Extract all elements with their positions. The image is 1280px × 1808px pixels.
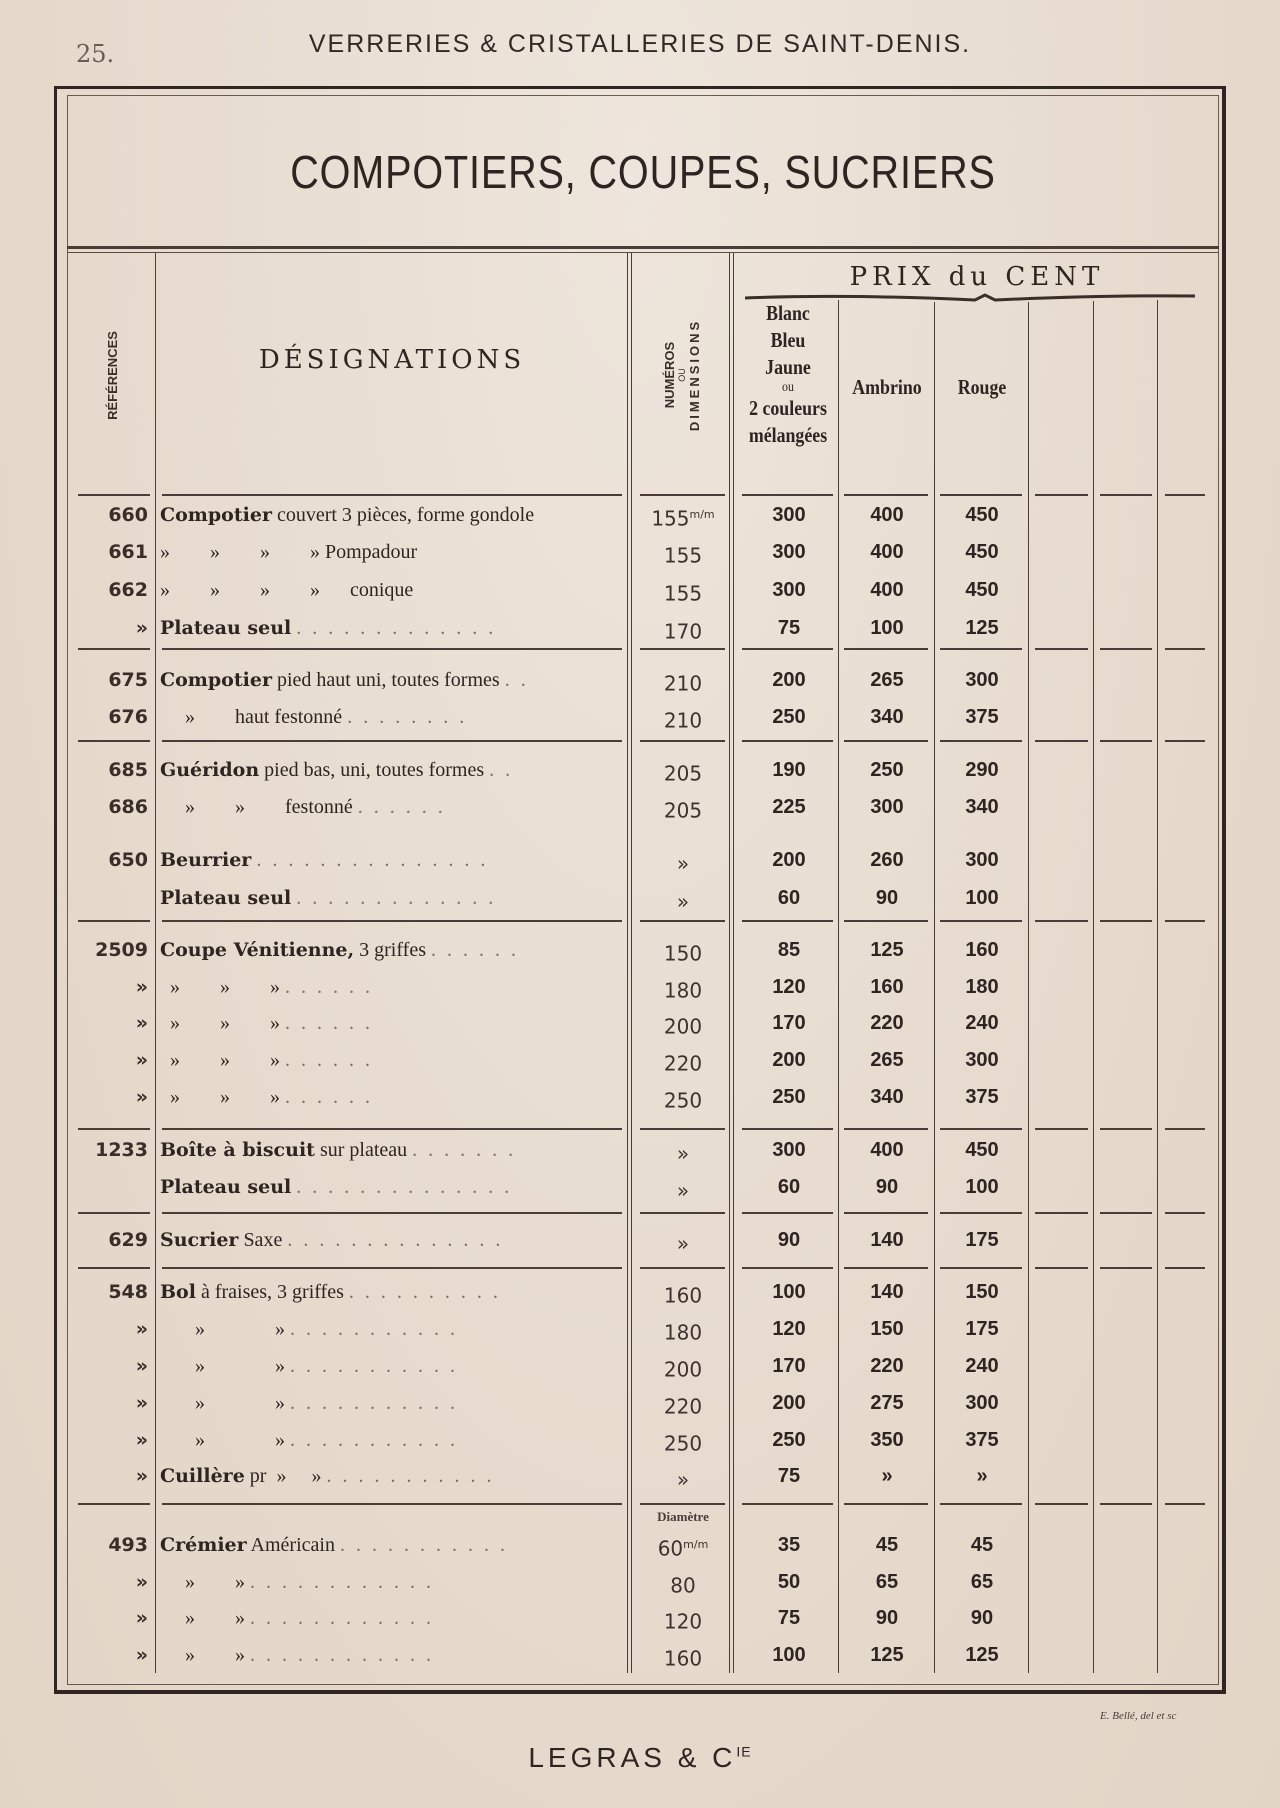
row-price-blanc: 100: [740, 1637, 838, 1673]
row-separator-rule: [844, 1212, 928, 1214]
row-designation-text: » »: [160, 1318, 285, 1340]
row-designation-text: pied bas, uni, toutes formes: [259, 759, 484, 781]
row-designation-text: couvert 3 pièces, forme gondole: [272, 504, 534, 526]
row-leader-dots: . . . . . . .: [412, 1139, 516, 1161]
row-separator-rule: [742, 1128, 833, 1130]
row-price-ambrino: 400: [840, 1132, 934, 1168]
row-designation: Plateau seul . . . . . . . . . . . . . .: [160, 1169, 626, 1205]
row-reference: »: [70, 969, 148, 1005]
row-price-blanc: 200: [740, 1042, 838, 1078]
row-designation: » » . . . . . . . . . . . .: [160, 1564, 626, 1600]
row-price-ambrino: 340: [840, 1079, 934, 1115]
row-separator-rule: [844, 1128, 928, 1130]
row-price-rouge: 100: [936, 1169, 1028, 1205]
row-separator-rule: [162, 648, 622, 650]
row-leader-dots: . . . . . . . . . . . .: [250, 1607, 434, 1629]
row-separator-rule: [940, 740, 1022, 742]
row-separator-rule: [162, 1212, 622, 1214]
row-reference: 660: [70, 497, 148, 533]
row-price-blanc: 90: [740, 1222, 838, 1258]
header-blanc-line: Blanc: [745, 300, 832, 327]
row-leader-dots: . . . . . .: [285, 1049, 373, 1071]
row-price-rouge: 175: [936, 1311, 1028, 1347]
row-separator-rule: [1035, 740, 1088, 742]
row-designation: » » » . . . . . .: [160, 1042, 626, 1078]
row-separator-rule: [1100, 1267, 1152, 1269]
table-row: 686 » » festonné . . . . . .205225300340: [0, 789, 1280, 825]
table-row: 2509Coupe Vénitienne, 3 griffes . . . . …: [0, 932, 1280, 968]
row-leader-dots: . . . . . . . . . . . . . . .: [256, 849, 488, 871]
row-separator-rule: [640, 920, 725, 922]
row-designation-text: » » »: [160, 976, 280, 998]
header-jaune-line: Jaune: [745, 354, 832, 381]
row-separator-rule: [78, 648, 150, 650]
table-row: » » » . . . . . . . . . . .250250350375: [0, 1422, 1280, 1458]
row-price-rouge: 150: [936, 1274, 1028, 1310]
row-designation-text: » » festonné: [160, 796, 353, 818]
row-separator-rule: [1035, 920, 1088, 922]
row-designation: Coupe Vénitienne, 3 griffes . . . . . .: [160, 932, 626, 968]
row-price-ambrino: 90: [840, 880, 934, 916]
row-separator-rule: [1100, 1212, 1152, 1214]
row-price-blanc: 300: [740, 572, 838, 608]
row-dimension: 120: [636, 1600, 730, 1636]
row-dimension-value: »: [677, 1232, 689, 1256]
row-dimension: »: [636, 1169, 730, 1205]
row-designation-bold: Boîte à biscuit: [160, 1139, 315, 1161]
row-dimension: »: [636, 1222, 730, 1258]
row-designation: Sucrier Saxe . . . . . . . . . . . . . .: [160, 1222, 626, 1258]
row-separator-rule: [1165, 1503, 1205, 1505]
row-dimension: 220: [636, 1042, 730, 1078]
row-price-blanc: 300: [740, 497, 838, 533]
row-dimension-value: 250: [664, 1432, 702, 1456]
row-separator-rule: [940, 1212, 1022, 1214]
row-dimension-value: 170: [664, 620, 702, 644]
row-dimension: 155: [636, 572, 730, 608]
row-reference: 1233: [70, 1132, 148, 1168]
row-dimension-value: 220: [664, 1395, 702, 1419]
row-designation-bold: Sucrier: [160, 1229, 238, 1251]
row-designation-bold: Plateau seul: [160, 617, 291, 639]
row-designation: » » » » conique: [160, 572, 626, 608]
row-designation: Guéridon pied bas, uni, toutes formes . …: [160, 752, 626, 788]
row-price-ambrino: 265: [840, 1042, 934, 1078]
row-separator-rule: [940, 648, 1022, 650]
header-numeros-label: NUMÉROS: [662, 342, 677, 408]
row-designation: Crémier Américain . . . . . . . . . . .: [160, 1527, 626, 1563]
row-dimension: 250: [636, 1422, 730, 1458]
table-row: 685Guéridon pied bas, uni, toutes formes…: [0, 752, 1280, 788]
row-price-blanc: 75: [740, 610, 838, 646]
row-dimension-value: 160: [664, 1284, 702, 1308]
row-leader-dots: . . . . . . . . . . .: [340, 1534, 508, 1556]
row-price-rouge: 340: [936, 789, 1028, 825]
row-price-rouge: 100: [936, 880, 1028, 916]
row-designation: » » . . . . . . . . . . .: [160, 1311, 626, 1347]
header-rouge: Rouge: [942, 375, 1022, 400]
row-separator-rule: [1035, 1503, 1088, 1505]
row-leader-dots: . . . . . . . .: [347, 706, 467, 728]
row-designation-bold: Coupe Vénitienne,: [160, 939, 354, 961]
footer-brand-name: LEGRAS & C: [528, 1742, 736, 1773]
row-price-blanc: 250: [740, 699, 838, 735]
row-price-blanc: 200: [740, 842, 838, 878]
row-dimension: »: [636, 1132, 730, 1168]
row-separator-rule: [844, 1503, 928, 1505]
row-price-ambrino: 400: [840, 497, 934, 533]
row-designation-text: » » »: [160, 1049, 280, 1071]
row-price-rouge: 375: [936, 699, 1028, 735]
row-price-ambrino: 90: [840, 1169, 934, 1205]
row-separator-rule: [640, 1212, 725, 1214]
row-dimension: »: [636, 842, 730, 878]
row-separator-rule: [742, 1267, 833, 1269]
row-dimension: 220: [636, 1385, 730, 1421]
row-dimension-value: 155: [664, 544, 702, 568]
row-separator-rule: [1035, 648, 1088, 650]
row-reference: »: [70, 1458, 148, 1494]
row-designation-text: » »: [160, 1355, 285, 1377]
row-leader-dots: . . . . . .: [285, 976, 373, 998]
row-price-blanc: 60: [740, 880, 838, 916]
row-reference: »: [70, 1311, 148, 1347]
row-price-ambrino: 340: [840, 699, 934, 735]
row-separator-rule: [1100, 920, 1152, 922]
row-dimension: 205: [636, 752, 730, 788]
table-row: » » » » . . . . . .250250340375: [0, 1079, 1280, 1115]
row-dimension-value: 180: [664, 979, 702, 1003]
row-separator-rule: [1100, 494, 1152, 496]
row-designation: » » » » Pompadour: [160, 534, 626, 570]
row-reference: 686: [70, 789, 148, 825]
row-separator-rule: [162, 920, 622, 922]
row-dimension: 60m/m: [636, 1527, 730, 1563]
row-designation: Plateau seul . . . . . . . . . . . . .: [160, 880, 626, 916]
row-designation-text: » »: [160, 1429, 285, 1451]
row-designation: » » » . . . . . .: [160, 1079, 626, 1115]
footer-brand: LEGRAS & CIE: [0, 1742, 1280, 1774]
row-price-blanc: 120: [740, 969, 838, 1005]
row-dimension-value: 200: [664, 1015, 702, 1039]
row-price-blanc: 60: [740, 1169, 838, 1205]
row-price-rouge: »: [936, 1458, 1028, 1494]
row-dimension: 200: [636, 1005, 730, 1041]
row-reference: »: [70, 1385, 148, 1421]
row-designation: Beurrier . . . . . . . . . . . . . . .: [160, 842, 626, 878]
row-designation-text: sur plateau: [315, 1139, 407, 1161]
row-leader-dots: . . . . . .: [285, 1086, 373, 1108]
row-reference: 685: [70, 752, 148, 788]
row-price-blanc: 250: [740, 1422, 838, 1458]
table-row: 660Compotier couvert 3 pièces, forme gon…: [0, 497, 1280, 533]
header-numeros: NUMÉROS OU DIMENSIONS: [636, 255, 728, 495]
row-price-rouge: 175: [936, 1222, 1028, 1258]
row-dimension: 205: [636, 789, 730, 825]
row-separator-rule: [640, 1267, 725, 1269]
table-row: » » » » . . . . . .220200265300: [0, 1042, 1280, 1078]
row-designation: » » » . . . . . .: [160, 969, 626, 1005]
row-leader-dots: . . . . . . . . . . .: [326, 1465, 494, 1487]
row-separator-rule: [1165, 1267, 1205, 1269]
row-dimension: 200: [636, 1348, 730, 1384]
table-row: Plateau seul . . . . . . . . . . . . . .…: [0, 1169, 1280, 1205]
row-dimension-value: 120: [664, 1610, 702, 1634]
row-designation: » » festonné . . . . . .: [160, 789, 626, 825]
row-separator-rule: [78, 740, 150, 742]
row-separator-rule: [162, 1503, 622, 1505]
header-designations: DÉSIGNATIONS: [156, 345, 628, 375]
row-dimension-value: 200: [664, 1358, 702, 1382]
row-price-ambrino: 275: [840, 1385, 934, 1421]
row-price-blanc: 35: [740, 1527, 838, 1563]
row-leader-dots: . .: [489, 759, 513, 781]
row-leader-dots: . . . . . . . . . . . . .: [296, 887, 496, 909]
table-row: 676 » haut festonné . . . . . . . .21025…: [0, 699, 1280, 735]
row-leader-dots: . . . . . . . . . . .: [290, 1429, 458, 1451]
row-price-blanc: 75: [740, 1600, 838, 1636]
row-leader-dots: . . . . . . . . . .: [349, 1281, 501, 1303]
row-separator-rule: [940, 494, 1022, 496]
table-row: » » » . . . . . . . . . . .180120150175: [0, 1311, 1280, 1347]
table-row: » » » » . . . . . .200170220240: [0, 1005, 1280, 1041]
row-designation: Bol à fraises, 3 griffes . . . . . . . .…: [160, 1274, 626, 1310]
row-dimension-value: 180: [664, 1321, 702, 1345]
row-separator-rule: [1165, 1212, 1205, 1214]
row-dimension: »: [636, 880, 730, 916]
header-top-rule-thin: [67, 252, 1219, 253]
row-reference: »: [70, 1600, 148, 1636]
row-designation: » » . . . . . . . . . . .: [160, 1385, 626, 1421]
row-leader-dots: . . . . . . . . . . . .: [250, 1571, 434, 1593]
header-references: RÉFÉRENCES: [72, 255, 152, 495]
row-price-blanc: 190: [740, 752, 838, 788]
row-designation: Compotier couvert 3 pièces, forme gondol…: [160, 497, 626, 533]
table-row: » » » . . . . . . . . . . . .16010012512…: [0, 1637, 1280, 1673]
row-designation-bold: Plateau seul: [160, 1176, 291, 1198]
row-price-rouge: 300: [936, 1385, 1028, 1421]
row-separator-rule: [1035, 494, 1088, 496]
row-price-rouge: 240: [936, 1005, 1028, 1041]
row-price-rouge: 45: [936, 1527, 1028, 1563]
row-price-ambrino: 350: [840, 1422, 934, 1458]
row-price-rouge: 300: [936, 1042, 1028, 1078]
row-leader-dots: . . . . . . . . . . . . .: [296, 617, 496, 639]
row-reference: 629: [70, 1222, 148, 1258]
row-designation-bold: Compotier: [160, 504, 272, 526]
row-reference: 548: [70, 1274, 148, 1310]
row-designation: » » . . . . . . . . . . .: [160, 1422, 626, 1458]
row-designation-bold: Crémier: [160, 1534, 247, 1556]
row-dimension-unit: m/m: [690, 508, 715, 521]
row-price-rouge: 450: [936, 497, 1028, 533]
row-separator-rule: [1100, 740, 1152, 742]
table-row: 493Crémier Américain . . . . . . . . . .…: [0, 1527, 1280, 1563]
row-designation: » » » . . . . . .: [160, 1005, 626, 1041]
row-reference: 2509: [70, 932, 148, 968]
row-price-blanc: 200: [740, 662, 838, 698]
row-leader-dots: . . . . . . . . . . .: [290, 1392, 458, 1414]
company-header: VERRERIES & CRISTALLERIES DE SAINT-DENIS…: [0, 30, 1280, 59]
row-separator-rule: [844, 1267, 928, 1269]
row-dimension: 180: [636, 969, 730, 1005]
row-separator-rule: [1165, 494, 1205, 496]
row-leader-dots: . .: [505, 669, 529, 691]
row-price-ambrino: 140: [840, 1222, 934, 1258]
table-row: » » » . . . . . . . . . . .220200275300: [0, 1385, 1280, 1421]
row-price-rouge: 450: [936, 1132, 1028, 1168]
row-dimension-value: 150: [664, 942, 702, 966]
row-designation: Boîte à biscuit sur plateau . . . . . . …: [160, 1132, 626, 1168]
row-dimension-value: 80: [670, 1574, 695, 1598]
row-separator-rule: [742, 1212, 833, 1214]
row-dimension-value: »: [677, 1179, 689, 1203]
row-designation-text: » » » » Pompadour: [160, 541, 417, 563]
row-price-rouge: 125: [936, 610, 1028, 646]
row-separator-rule: [162, 494, 622, 496]
row-separator-rule: [162, 1128, 622, 1130]
row-designation-text: pr » »: [245, 1465, 322, 1487]
table-row: »Cuillère pr » » . . . . . . . . . . .»7…: [0, 1458, 1280, 1494]
row-separator-rule: [1100, 1128, 1152, 1130]
row-designation-bold: Compotier: [160, 669, 272, 691]
engraver-credit: E. Bellé, del et sc: [1100, 1710, 1176, 1722]
row-dimension: 80: [636, 1564, 730, 1600]
table-row: »Plateau seul . . . . . . . . . . . . .1…: [0, 610, 1280, 646]
row-dimension: 210: [636, 662, 730, 698]
header-ou-label: OU: [677, 368, 687, 382]
row-designation: » » . . . . . . . . . . .: [160, 1348, 626, 1384]
row-dimension: »: [636, 1458, 730, 1494]
row-price-rouge: 300: [936, 842, 1028, 878]
header-blanc: Blanc Bleu Jaune ou 2 couleurs mélangées: [745, 300, 832, 449]
row-designation-text: Américain: [247, 1534, 335, 1556]
row-leader-dots: . . . . . . . . . . .: [290, 1355, 458, 1377]
row-price-ambrino: 265: [840, 662, 934, 698]
row-dimension-value: »: [677, 1142, 689, 1166]
row-designation-bold: Plateau seul: [160, 887, 291, 909]
page-title: COMPOTIERS, COUPES, SUCRIERS: [148, 145, 1139, 199]
row-price-blanc: 120: [740, 1311, 838, 1347]
row-separator-rule: [1035, 1212, 1088, 1214]
row-separator-rule: [78, 1267, 150, 1269]
row-price-rouge: 160: [936, 932, 1028, 968]
row-dimension: 160: [636, 1637, 730, 1673]
row-dimension-value: 155: [664, 582, 702, 606]
row-designation: Compotier pied haut uni, toutes formes .…: [160, 662, 626, 698]
row-price-rouge: 450: [936, 534, 1028, 570]
row-price-blanc: 225: [740, 789, 838, 825]
row-leader-dots: . . . . . .: [285, 1012, 373, 1034]
row-dimension: 180: [636, 1311, 730, 1347]
row-price-ambrino: 400: [840, 534, 934, 570]
row-separator-rule: [742, 494, 833, 496]
row-separator-rule: [640, 1128, 725, 1130]
row-leader-dots: . . . . . . . . . . . .: [250, 1644, 434, 1666]
row-price-rouge: 300: [936, 662, 1028, 698]
row-price-blanc: 170: [740, 1348, 838, 1384]
row-separator-rule: [1165, 740, 1205, 742]
row-price-blanc: 50: [740, 1564, 838, 1600]
row-separator-rule: [1165, 648, 1205, 650]
row-price-ambrino: 125: [840, 932, 934, 968]
row-dimension: 250: [636, 1079, 730, 1115]
row-price-rouge: 65: [936, 1564, 1028, 1600]
table-row: 548Bol à fraises, 3 griffes . . . . . . …: [0, 1274, 1280, 1310]
header-bleu-line: Bleu: [745, 327, 832, 354]
row-designation-text: pied haut uni, toutes formes: [272, 669, 500, 691]
row-price-ambrino: 100: [840, 610, 934, 646]
row-price-ambrino: 90: [840, 1600, 934, 1636]
footer-brand-sup: IE: [736, 1744, 751, 1760]
row-designation-text: » »: [160, 1644, 245, 1666]
row-separator-rule: [844, 920, 928, 922]
row-price-ambrino: 140: [840, 1274, 934, 1310]
row-price-ambrino: 125: [840, 1637, 934, 1673]
header-references-label: RÉFÉRENCES: [105, 331, 120, 420]
row-price-blanc: 200: [740, 1385, 838, 1421]
row-price-blanc: 300: [740, 534, 838, 570]
row-price-rouge: 180: [936, 969, 1028, 1005]
row-price-ambrino: 160: [840, 969, 934, 1005]
row-designation-text: 3 griffes: [354, 939, 426, 961]
row-dimension: 155: [636, 534, 730, 570]
row-dimension-value: »: [677, 852, 689, 876]
table-row: 1233Boîte à biscuit sur plateau . . . . …: [0, 1132, 1280, 1168]
row-price-ambrino: 65: [840, 1564, 934, 1600]
row-dimension-value: 250: [664, 1089, 702, 1113]
table-row: » » » . . . . . . . . . . . .80506565: [0, 1564, 1280, 1600]
row-designation-text: » » »: [160, 1086, 280, 1108]
row-designation-text: à fraises, 3 griffes: [196, 1281, 344, 1303]
row-dimension-value: 220: [664, 1052, 702, 1076]
row-reference: »: [70, 1005, 148, 1041]
row-price-ambrino: 45: [840, 1527, 934, 1563]
row-dimension-value: 155: [651, 507, 689, 531]
row-separator-rule: [1165, 1128, 1205, 1130]
row-separator-rule: [742, 740, 833, 742]
row-separator-rule: [78, 920, 150, 922]
row-price-rouge: 450: [936, 572, 1028, 608]
row-separator-rule: [844, 740, 928, 742]
row-dimension-value: 205: [664, 762, 702, 786]
row-price-rouge: 375: [936, 1079, 1028, 1115]
table-row: » » » » . . . . . .180120160180: [0, 969, 1280, 1005]
row-designation: Cuillère pr » » . . . . . . . . . . .: [160, 1458, 626, 1494]
row-separator-rule: [640, 648, 725, 650]
row-price-rouge: 375: [936, 1422, 1028, 1458]
row-diametre-label: Diamètre: [636, 1509, 730, 1525]
row-reference: »: [70, 1564, 148, 1600]
table-row: » » » . . . . . . . . . . .200170220240: [0, 1348, 1280, 1384]
row-separator-rule: [1100, 1503, 1152, 1505]
row-separator-rule: [1100, 648, 1152, 650]
row-reference: [70, 880, 148, 916]
row-dimension: 210: [636, 699, 730, 735]
table-row: 675Compotier pied haut uni, toutes forme…: [0, 662, 1280, 698]
table-row: 650Beurrier . . . . . . . . . . . . . . …: [0, 842, 1280, 878]
header-top-rule: [67, 246, 1219, 249]
row-price-blanc: 250: [740, 1079, 838, 1115]
row-dimension-value: 210: [664, 709, 702, 733]
row-dimension-value: 160: [664, 1647, 702, 1671]
row-price-ambrino: 250: [840, 752, 934, 788]
row-separator-rule: [78, 1212, 150, 1214]
row-price-rouge: 240: [936, 1348, 1028, 1384]
row-reference: 676: [70, 699, 148, 735]
row-designation: Plateau seul . . . . . . . . . . . . .: [160, 610, 626, 646]
row-leader-dots: . . . . . . . . . . .: [290, 1318, 458, 1340]
